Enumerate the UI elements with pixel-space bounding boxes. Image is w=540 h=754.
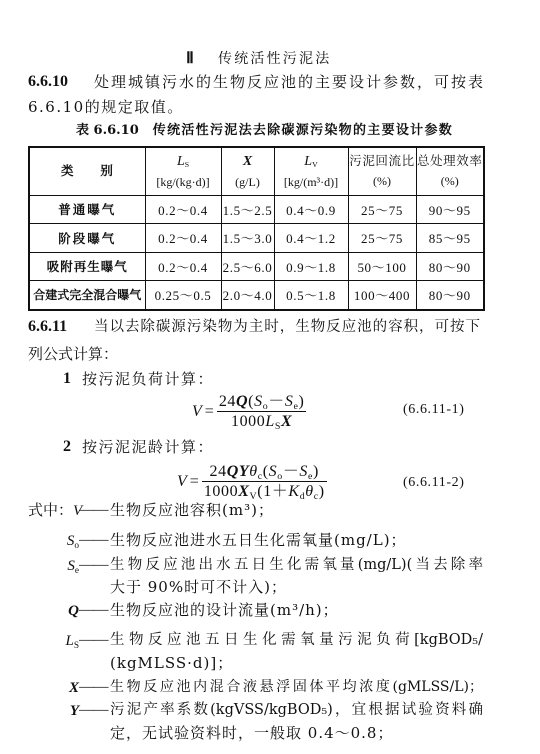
cell-mlss: 2.0～4.0 [221,280,274,310]
header-sludge-load-unit: [kg/(kg·d)] [146,172,221,192]
cell-mlss: 2.5～6.0 [221,252,274,280]
formula-numerator: 24QYθc(So－Se) [208,462,321,481]
formula-6-6-11-2: V = 24QYθc(So－Se) 1000XV(1＋Kdθc) [177,462,327,501]
clause-number-6-6-11: 6.6.11 [28,317,67,337]
cell-mlss: 1.5～2.5 [221,195,274,223]
cell-sludge-load: 0.25～0.5 [145,280,221,310]
clause-6-6-11-text-line2: 列公式计算： [28,344,118,364]
header-mlss-symbol: X [222,151,274,172]
definition-item-q: Q —— 生物反应池的设计流量(m³/h)； [28,600,483,620]
definition-text: 生物反应池五日生化需氧量污泥负荷[kgBOD₅/ [110,630,483,650]
formula-denominator: 1000LSX [217,411,307,431]
header-efficiency-unit: (%) [417,171,484,191]
clause-number-6-6-10: 6.6.10 [28,72,68,92]
item-1-text: 按污泥负荷计算： [82,369,214,389]
definition-text: 生物反应池内混合液悬浮固体平均浓度(gMLSS/L)； [110,677,483,697]
table-caption: 表 6.6.10传统活性污泥法去除碳源污染物的主要设计参数 [76,121,453,141]
definition-symbol: Se [28,555,79,575]
formula-equals: = [205,403,214,421]
cell-efficiency: 80～90 [416,280,484,310]
formula-number-2: (6.6.11-2) [403,473,464,493]
definition-symbol: Y [28,700,79,720]
definition-symbol: X [28,677,79,697]
table-caption-title: 传统活性污泥法去除碳源污染物的主要设计参数 [153,123,453,138]
cell-volumetric-load: 0.9～1.8 [274,252,348,280]
table-caption-label: 表 6.6.10 [76,123,139,138]
cell-volumetric-load: 0.5～1.8 [274,280,348,310]
header-volumetric-load: LV [kg/(m³·d)] [274,147,348,195]
cell-volumetric-load: 0.4～0.9 [274,195,348,223]
where-label: 式中： [28,501,73,519]
cell-sludge-load: 0.2～0.4 [145,223,221,252]
definition-continuation: (kgMLSS·d)]； [110,653,233,673]
header-mlss: X (g/L) [221,147,274,195]
definition-symbol: So [28,530,79,550]
header-category: 类 别 [29,147,145,195]
cell-return-ratio: 25～75 [348,223,416,252]
definition-dash: —— [79,600,110,620]
definition-dash: —— [79,677,110,697]
formula-lhs: V [177,473,187,491]
cell-efficiency: 85～95 [416,223,484,252]
formula-fraction: 24Q(So－Se) 1000LSX [217,392,307,431]
definition-item-se: Se —— 生物反应池出水五日生化需氧量(mg/L)(当去除率 [28,555,483,575]
cell-efficiency: 90～95 [416,195,484,223]
header-return-ratio: 污泥回流比 (%) [348,147,416,195]
formula-denominator: 1000XV(1＋Kdθc) [202,481,327,501]
cell-efficiency: 80～90 [416,252,484,280]
definition-symbol: LS [28,630,79,650]
header-efficiency: 总处理效率 (%) [416,147,484,195]
header-volumetric-load-symbol: LV [275,151,348,172]
definition-text: 生物反应池进水五日生化需氧量(mg/L)； [110,530,483,550]
definition-text: 生物反应池出水五日生化需氧量(mg/L)(当去除率 [110,555,483,575]
definition-item-x: X —— 生物反应池内混合液悬浮固体平均浓度(gMLSS/L)； [28,677,483,697]
clause-6-6-10-text-line1: 处理城镇污水的生物反应池的主要设计参数，可按表 [94,72,483,92]
table-header-row: 类 别 LS [kg/(kg·d)] X (g/L) LV [kg/(m³·d)… [29,147,484,195]
definition-text: 生物反应池的设计流量(m³/h)； [110,600,483,620]
formula-fraction: 24QYθc(So－Se) 1000XV(1＋Kdθc) [202,462,327,501]
definition-item-v: 式中：V —— 生物反应池容积(m³)； [28,500,483,520]
definition-text: 生物反应池容积(m³)； [110,500,483,520]
formula-numerator: 24Q(So－Se) [217,392,307,411]
row-category: 普通曝气 [29,195,145,223]
cell-return-ratio: 100～400 [348,280,416,310]
table-row: 阶段曝气 0.2～0.4 1.5～3.0 0.4～1.2 25～75 85～95 [29,223,484,252]
section-numeral: Ⅱ [186,49,194,69]
item-number-1: 1 [63,369,71,389]
cell-sludge-load: 0.2～0.4 [145,252,221,280]
definition-dash: —— [79,530,110,550]
item-number-2: 2 [63,437,71,457]
definition-dash: —— [79,555,110,575]
row-category: 吸附再生曝气 [29,252,145,280]
row-category: 阶段曝气 [29,223,145,252]
design-parameters-table: 类 别 LS [kg/(kg·d)] X (g/L) LV [kg/(m³·d)… [28,146,485,311]
table-row: 吸附再生曝气 0.2～0.4 2.5～6.0 0.9～1.8 50～100 80… [29,252,484,280]
table-row: 普通曝气 0.2～0.4 1.5～2.5 0.4～0.9 25～75 90～95 [29,195,484,223]
formula-6-6-11-1: V = 24Q(So－Se) 1000LSX [192,392,306,431]
header-efficiency-label: 总处理效率 [417,151,484,171]
item-2-text: 按污泥泥龄计算： [82,437,214,457]
definition-continuation: 定，无试验资料时，一般取 0.4～0.8； [110,723,393,743]
clause-6-6-11-text-line1: 当以去除碳源污染物为主时，生物反应池的容积，可按下 [94,317,480,337]
header-return-ratio-unit: (%) [349,171,416,191]
formula-equals: = [190,473,199,491]
cell-return-ratio: 50～100 [348,252,416,280]
header-mlss-unit: (g/L) [222,172,274,192]
cell-volumetric-load: 0.4～1.2 [274,223,348,252]
formula-number-1: (6.6.11-1) [403,400,464,420]
definition-continuation: 大于 90%时可不计入)； [110,577,287,597]
definition-item-s0: So —— 生物反应池进水五日生化需氧量(mg/L)； [28,530,483,550]
formula-lhs: V [192,403,202,421]
clause-6-6-10-text-line2: 6.6.10的规定取值。 [28,97,184,117]
cell-sludge-load: 0.2～0.4 [145,195,221,223]
cell-mlss: 1.5～3.0 [221,223,274,252]
row-category: 合建式完全混合曝气 [29,280,145,310]
definition-item-ls: LS —— 生物反应池五日生化需氧量污泥负荷[kgBOD₅/ [28,630,483,650]
definition-symbol: Q [28,600,79,620]
definition-dash: —— [79,630,110,650]
definition-dash: —— [79,500,110,520]
definition-item-y: Y —— 污泥产率系数(kgVSS/kgBOD₅)，宜根据试验资料确 [28,700,483,720]
definition-text: 污泥产率系数(kgVSS/kgBOD₅)，宜根据试验资料确 [110,700,483,720]
header-category-label: 类 别 [30,161,145,181]
header-sludge-load: LS [kg/(kg·d)] [145,147,221,195]
definition-symbol: 式中：V [28,500,79,520]
header-sludge-load-symbol: LS [146,151,221,172]
definition-dash: —— [79,700,110,720]
table-row: 合建式完全混合曝气 0.25～0.5 2.0～4.0 0.5～1.8 100～4… [29,280,484,310]
header-return-ratio-label: 污泥回流比 [349,151,416,171]
cell-return-ratio: 25～75 [348,195,416,223]
header-volumetric-load-unit: [kg/(m³·d)] [275,172,348,192]
section-title: 传统活性污泥法 [218,49,331,69]
